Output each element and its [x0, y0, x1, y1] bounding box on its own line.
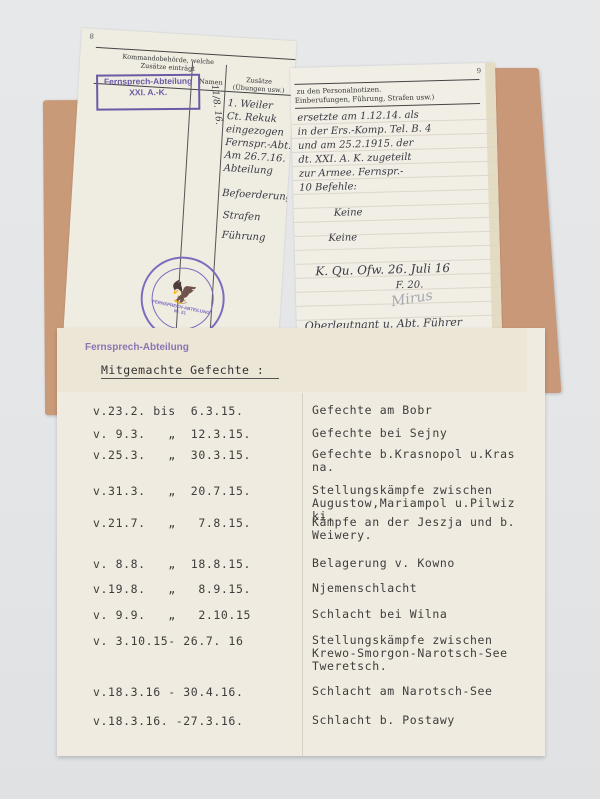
insert-unit-stamp: Fernsprech-Abteilung	[85, 342, 189, 353]
stamp-line-2: XXI. A.-K.	[98, 87, 198, 99]
label-promotions: Befoerderungen	[222, 187, 297, 205]
handwritten-line: 10 Befehle:	[299, 180, 357, 195]
insert-top-strip	[57, 328, 527, 392]
label-conduct: Führung	[221, 229, 266, 245]
place-date: K. Qu. Ofw. 26. Juli 16	[315, 262, 450, 279]
battle-event: Gefechte bei Sejny	[312, 427, 447, 440]
stamp-line-1: Fernsprech-Abteilung	[98, 76, 198, 88]
battle-event: Schlacht am Narotsch-See	[312, 685, 493, 698]
battle-dates: v. 9.9. „ 2.10.15	[93, 608, 251, 622]
battle-event: Gefechte am Bobr	[312, 404, 432, 417]
battle-dates: v.19.8. „ 8.9.15.	[93, 582, 251, 596]
promotions-value: Keine	[334, 206, 363, 220]
ruled-line	[294, 217, 499, 223]
battle-event: Belagerung v. Kowno	[312, 557, 455, 570]
page-number: 8	[89, 32, 94, 40]
ruled-line	[294, 231, 499, 237]
battles-insert-sheet: Fernsprech-Abteilung Mitgemachte Gefecht…	[57, 328, 545, 756]
battle-dates: v.31.3. „ 20.7.15.	[93, 484, 251, 498]
label-punishments: Strafen	[222, 209, 260, 224]
battle-event: Schlacht b. Postawy	[312, 714, 455, 727]
header-rule	[294, 79, 479, 85]
battle-event: Kämpfe an der Jeszja und b. Weiwery.	[312, 516, 515, 542]
unit-stamp-rectangular: Fernsprech-Abteilung XXI. A.-K.	[96, 74, 200, 111]
battle-event: Schlacht bei Wilna	[312, 608, 447, 621]
handwritten-line: zur Armee. Fernspr.-	[299, 165, 404, 181]
battle-dates: v.18.3.16 - 30.4.16.	[93, 685, 243, 699]
ruled-line	[294, 203, 499, 209]
right-page: 9 zu den Personalnotizen. Einberufungen,…	[290, 63, 503, 358]
battle-event: Gefechte b.Krasnopol u.Kras na.	[312, 448, 515, 474]
handwritten-line: Abteilung	[223, 162, 273, 178]
page-number: 9	[477, 67, 482, 75]
insert-fold-line	[302, 393, 303, 756]
left-page: 8 Kommandobehörde, welche Zusätze einträ…	[62, 28, 297, 371]
battle-dates: v. 8.8. „ 18.8.15.	[93, 557, 251, 571]
ruled-line	[295, 245, 500, 251]
battle-dates: v.25.3. „ 30.3.15.	[93, 448, 251, 462]
battle-dates: v.18.3.16. -27.3.16.	[93, 714, 243, 728]
column-header-authority: Kommandobehörde, welche Zusätze einträgt	[118, 52, 219, 74]
battle-dates: v.23.2. bis 6.3.15.	[93, 404, 243, 418]
punishments-value: Keine	[328, 231, 357, 245]
battle-dates: v.21.7. „ 7.8.15.	[93, 516, 251, 530]
battle-event: Njemenschlacht	[312, 582, 417, 595]
insert-title: Mitgemachte Gefechte :	[101, 363, 279, 379]
battle-dates: v. 9.3. „ 12.3.15.	[93, 427, 251, 441]
battle-dates: v. 3.10.15- 26.7. 16	[93, 634, 243, 648]
battle-event: Stellungskämpfe zwischen Krewo-Smorgon-N…	[312, 634, 508, 673]
